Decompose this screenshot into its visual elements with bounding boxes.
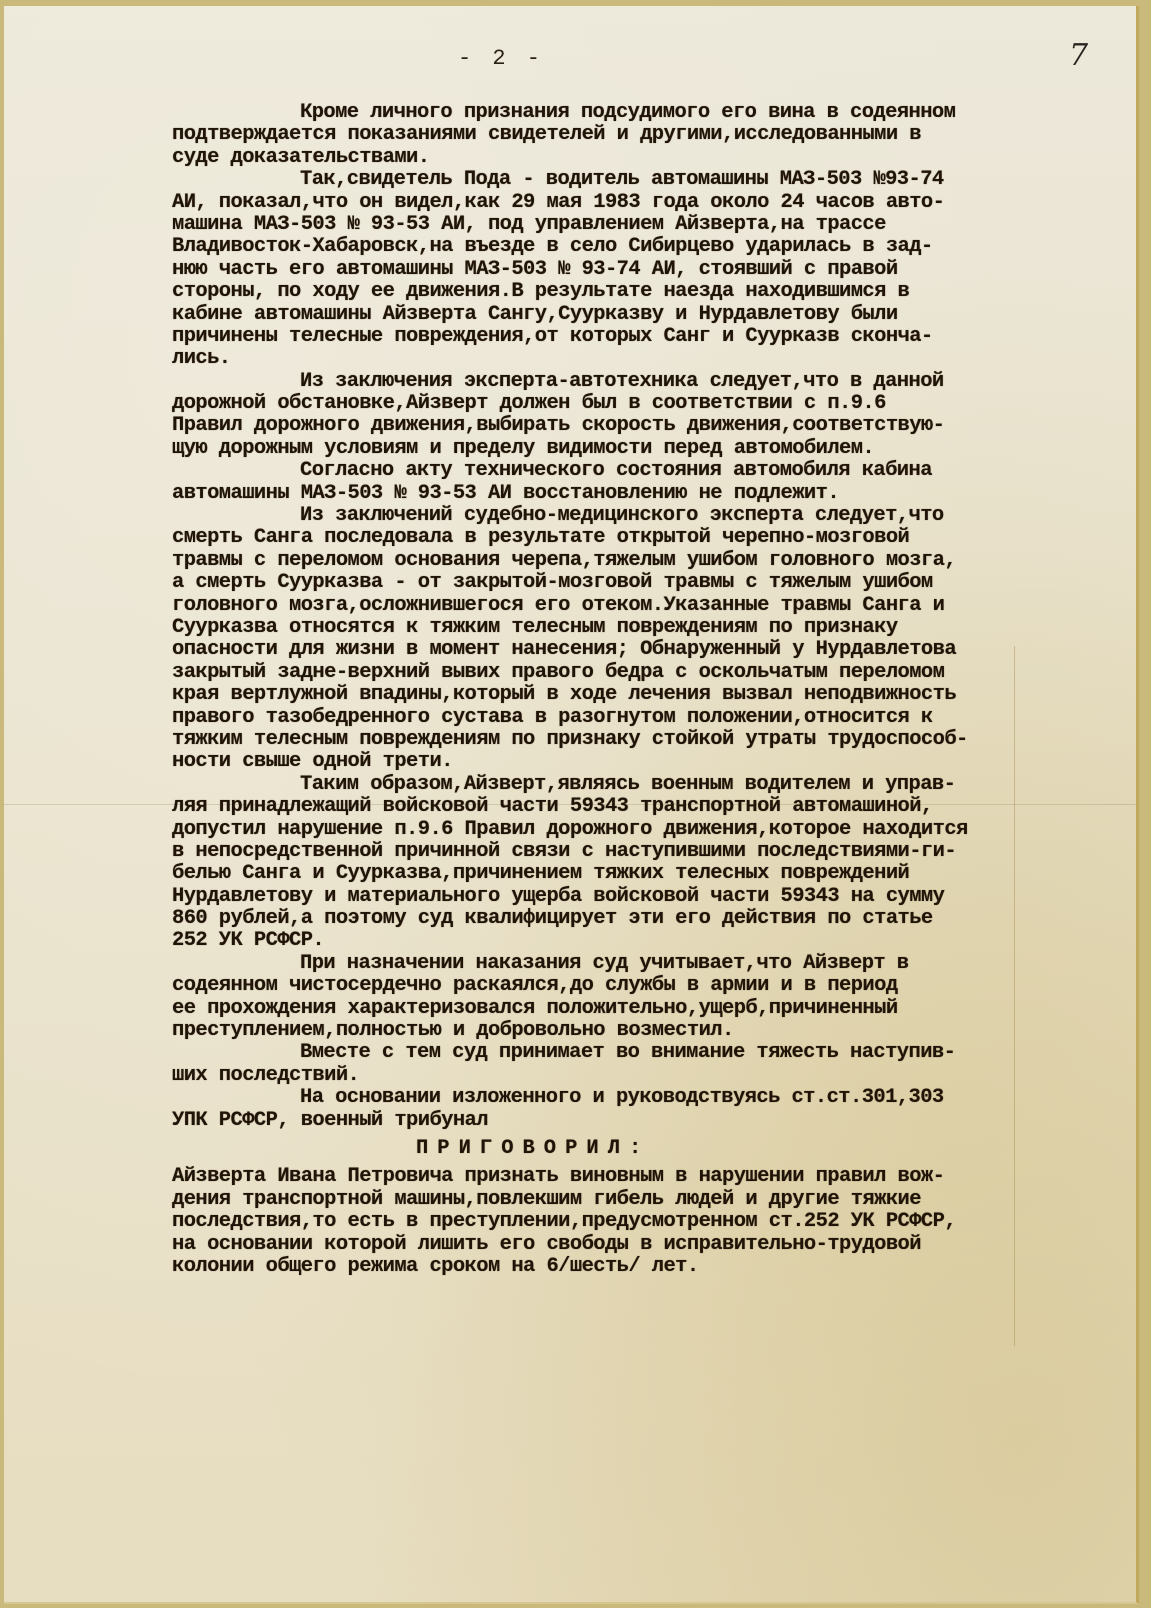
text-line: тяжким телесным повреждениям по признаку… (172, 729, 1072, 751)
text-line: нюю часть его автомашины МАЗ-503 № 93-74… (172, 259, 1072, 281)
text-line: ляя принадлежащий войсковой части 59343 … (172, 796, 1072, 818)
text-line: края вертлужной впадины,который в ходе л… (172, 684, 1072, 706)
text-line: смерть Санга последовала в результате от… (172, 527, 1072, 549)
text-line: При назначении наказания суд учитывает,ч… (172, 953, 1072, 975)
text-line: Так,свидетель Пода - водитель автомашины… (172, 169, 1072, 191)
page-number: - 2 - (458, 46, 544, 71)
text-line: содеянном чистосердечно раскаялся,до слу… (172, 975, 1072, 997)
text-line: машина МАЗ-503 № 93-53 АИ, под управлени… (172, 214, 1072, 236)
text-line: на основании которой лишить его свободы … (172, 1234, 1072, 1256)
handwritten-folio-number: 7 (1069, 38, 1088, 73)
text-line: суде доказательствами. (172, 147, 1072, 169)
text-line: а смерть Суурказва - от закрытой-мозгово… (172, 572, 1072, 594)
text-line: ших последствий. (172, 1065, 1072, 1087)
paragraph: Так,свидетель Пода - водитель автомашины… (172, 169, 1072, 371)
text-line: правого тазобедренного сустава в разогну… (172, 707, 1072, 729)
paragraph: На основании изложенного и руководствуяс… (172, 1087, 1072, 1132)
text-line: дорожной обстановке,Айзверт должен был в… (172, 393, 1072, 415)
paragraph: Таким образом,Айзверт,являясь военным во… (172, 774, 1072, 953)
text-line: белью Санга и Суурказва,причинением тяжк… (172, 863, 1072, 885)
text-line: автомашины МАЗ-503 № 93-53 АИ восстановл… (172, 483, 1072, 505)
text-line: дения транспортной машины,повлекшим гибе… (172, 1189, 1072, 1211)
text-line: подтверждается показаниями свидетелей и … (172, 124, 1072, 146)
paragraph: Из заключения эксперта-автотехника следу… (172, 371, 1072, 461)
text-line: Таким образом,Айзверт,являясь военным во… (172, 774, 1072, 796)
text-line: закрытый задне-верхний вывих правого бед… (172, 662, 1072, 684)
text-line: Правил дорожного движения,выбирать скоро… (172, 415, 1072, 437)
text-line: На основании изложенного и руководствуяс… (172, 1087, 1072, 1109)
text-line: ности свыше одной трети. (172, 751, 1072, 773)
text-line: УПК РСФСР, военный трибунал (172, 1110, 1072, 1132)
document-body: Кроме личного признания подсудимого его … (172, 102, 1072, 1278)
text-line: допустил нарушение п.9.6 Правил дорожног… (172, 819, 1072, 841)
text-line: Нурдавлетову и материального ущерба войс… (172, 886, 1072, 908)
document-page: - 2 - 7 Кроме личного признания подсудим… (4, 6, 1139, 1604)
text-line: травмы с переломом основания черепа,тяже… (172, 550, 1072, 572)
text-line: причинены телесные повреждения,от которы… (172, 326, 1072, 348)
text-line: Согласно акту технического состояния авт… (172, 460, 1072, 482)
text-line: Кроме личного признания подсудимого его … (172, 102, 1072, 124)
text-line: 860 рублей,а поэтому суд квалифицирует э… (172, 908, 1072, 930)
text-line: опасности для жизни в момент нанесения; … (172, 639, 1072, 661)
verdict-paragraph: Айзверта Ивана Петровича признать виновн… (172, 1166, 1072, 1278)
text-line: ее прохождения характеризовался положите… (172, 998, 1072, 1020)
paragraph: Вместе с тем суд принимает во внимание т… (172, 1042, 1072, 1087)
paragraph: При назначении наказания суд учитывает,ч… (172, 953, 1072, 1043)
text-line: в непосредственной причинной связи с нас… (172, 841, 1072, 863)
text-line: 252 УК РСФСР. (172, 930, 1072, 952)
paragraph: Согласно акту технического состояния авт… (172, 460, 1072, 505)
text-line: преступлением,полностью и добровольно во… (172, 1020, 1072, 1042)
text-line: Из заключений судебно-медицинского экспе… (172, 505, 1072, 527)
text-line: последствия,то есть в преступлении,преду… (172, 1211, 1072, 1233)
paragraph: Из заключений судебно-медицинского экспе… (172, 505, 1072, 774)
text-line: Владивосток-Хабаровск,на въезде в село С… (172, 236, 1072, 258)
text-line: кабине автомашины Айзверта Сангу,Суурказ… (172, 304, 1072, 326)
text-line: головного мозга,осложнившегося его отеко… (172, 595, 1072, 617)
text-line: Вместе с тем суд принимает во внимание т… (172, 1042, 1072, 1064)
verdict-heading: ПРИГОВОРИЛ: (172, 1138, 1072, 1160)
text-line: АИ, показал,что он видел,как 29 мая 1983… (172, 192, 1072, 214)
text-line: стороны, по ходу ее движения.В результат… (172, 281, 1072, 303)
paragraph: Кроме личного признания подсудимого его … (172, 102, 1072, 169)
text-line: Суурказва относятся к тяжким телесным по… (172, 617, 1072, 639)
text-line: Айзверта Ивана Петровича признать виновн… (172, 1166, 1072, 1188)
text-line: колонии общего режима сроком на 6/шесть/… (172, 1256, 1072, 1278)
text-line: Из заключения эксперта-автотехника следу… (172, 371, 1072, 393)
text-line: щую дорожным условиям и пределу видимост… (172, 438, 1072, 460)
text-line: лись. (172, 348, 1072, 370)
